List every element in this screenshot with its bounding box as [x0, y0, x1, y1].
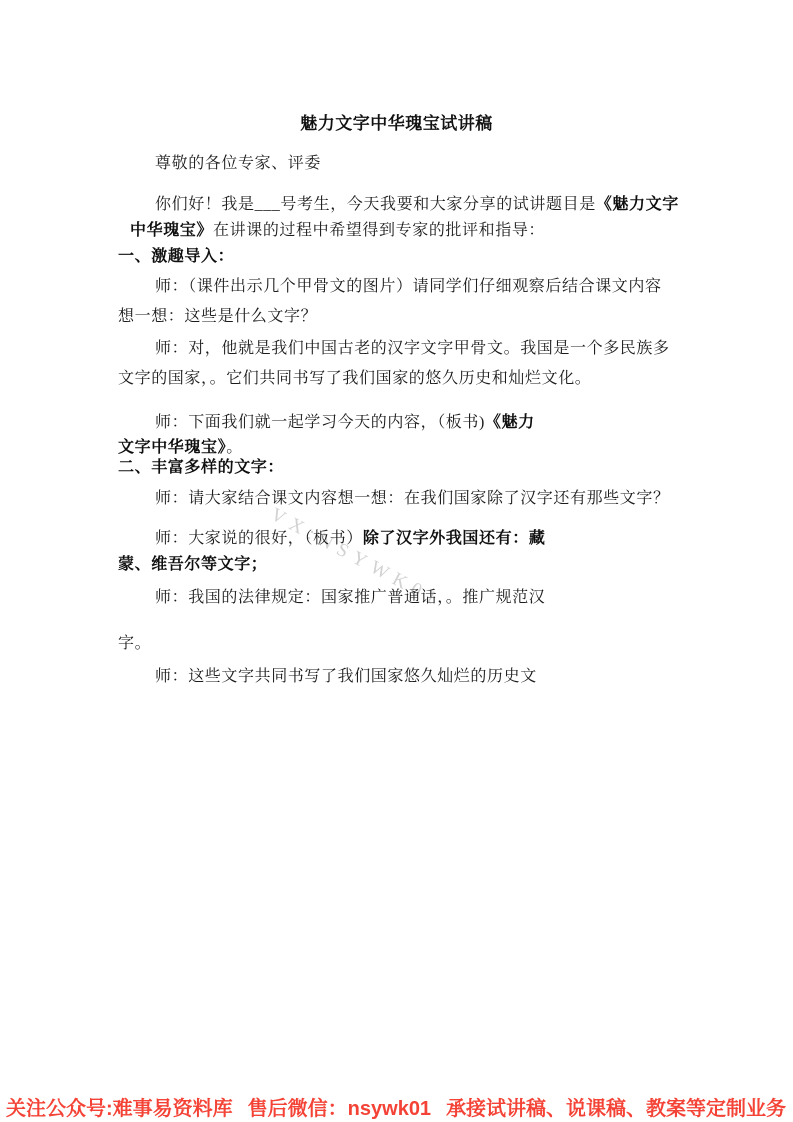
- paragraph-line: 字。: [118, 635, 151, 653]
- paragraph-line: 师：我国的法律规定：国家推广普通话，。推广规范汉: [155, 589, 545, 607]
- text-run: 一、激趣导入：: [118, 248, 234, 265]
- paragraph-line: 中华瑰宝》在讲课的过程中希望得到专家的批评和指导：: [130, 222, 545, 240]
- paragraph-line: 师：下面我们就一起学习今天的内容，（板书)《魅力: [155, 414, 535, 432]
- footer-follow-text: 关注公众号:难事易资料库: [6, 1098, 233, 1120]
- bold-text-run: 《魅力文字: [596, 196, 679, 213]
- document-title-text: 魅力文字中华瑰宝试讲稿: [300, 114, 493, 133]
- footer-banner: 关注公众号:难事易资料库售后微信：nsywk01承接试讲稿、说课稿、教案等定制业…: [6, 1092, 793, 1121]
- text-run: 师：这些文字共同书写了我们国家悠久灿烂的历史文: [155, 668, 537, 685]
- text-run: 尊敬的各位专家、评委: [155, 155, 321, 172]
- paragraph-line: 师：大家说的很好，（板书）除了汉字外我国还有：藏: [155, 530, 545, 548]
- bold-text-run: 蒙、维吾尔等文字；: [118, 556, 267, 573]
- paragraph-line: 你们好！我是___号考生，今天我要和大家分享的试讲题目是《魅力文字: [155, 196, 679, 214]
- text-run: 想一想：这些是什么文字？: [118, 308, 317, 325]
- paragraph-line: 师：请大家结合课文内容想一想：在我们国家除了汉字还有那些文字？: [155, 490, 670, 508]
- paragraph-line: 想一想：这些是什么文字？: [118, 308, 317, 326]
- paragraph-line: 文字中华瑰宝》。: [118, 439, 243, 457]
- text-run: 你们好！我是___号考生，今天我要和大家分享的试讲题目是: [155, 196, 596, 213]
- text-run: 师：（课件出示几个甲骨文的图片）请同学们仔细观察后结合课文内容: [155, 278, 662, 295]
- paragraph-line: 文字的国家，。它们共同书写了我们国家的悠久历史和灿烂文化。: [118, 370, 591, 388]
- section-heading-1: 一、激趣导入：: [118, 248, 234, 266]
- text-run: 师：请大家结合课文内容想一想：在我们国家除了汉字还有那些文字？: [155, 490, 670, 507]
- text-run: 师：大家说的很好，（板书）: [155, 530, 363, 547]
- text-run: 二、丰富多样的文字：: [118, 459, 284, 476]
- text-run: 师：我国的法律规定：国家推广普通话，。推广规范汉: [155, 589, 545, 606]
- document-title: 魅力文字中华瑰宝试讲稿: [0, 109, 793, 134]
- text-run: 在讲课的过程中希望得到专家的批评和指导：: [213, 222, 545, 239]
- footer-wechat-text: 售后微信：nsywk01: [248, 1098, 431, 1120]
- bold-text-run: 《魅力: [485, 414, 535, 431]
- document-page: 魅力文字中华瑰宝试讲稿 VX:NSYWK01 尊敬的各位专家、评委 你们好！我是…: [0, 0, 793, 1122]
- paragraph-line: 蒙、维吾尔等文字；: [118, 556, 267, 574]
- footer-services-text: 承接试讲稿、说课稿、教案等定制业务: [446, 1098, 786, 1120]
- text-run: 文字的国家，。它们共同书写了我们国家的悠久历史和灿烂文化。: [118, 370, 591, 387]
- text-run: 师：对，他就是我们中国古老的汉字文字甲骨文。我国是一个多民族多: [155, 340, 670, 357]
- paragraph-line: 师：对，他就是我们中国古老的汉字文字甲骨文。我国是一个多民族多: [155, 340, 670, 358]
- text-run: 师：下面我们就一起学习今天的内容，（板书): [155, 414, 485, 431]
- paragraph-line: 师：这些文字共同书写了我们国家悠久灿烂的历史文: [155, 668, 537, 686]
- paragraph-line: 尊敬的各位专家、评委: [155, 155, 321, 173]
- section-heading-2: 二、丰富多样的文字：: [118, 459, 284, 477]
- text-run: 。: [226, 439, 243, 456]
- bold-text-run: 中华瑰宝》: [130, 222, 213, 239]
- bold-text-run: 除了汉字外我国还有：藏: [363, 530, 546, 547]
- bold-text-run: 文字中华瑰宝》: [118, 439, 226, 456]
- paragraph-line: 师：（课件出示几个甲骨文的图片）请同学们仔细观察后结合课文内容: [155, 278, 662, 296]
- text-run: 字。: [118, 635, 151, 652]
